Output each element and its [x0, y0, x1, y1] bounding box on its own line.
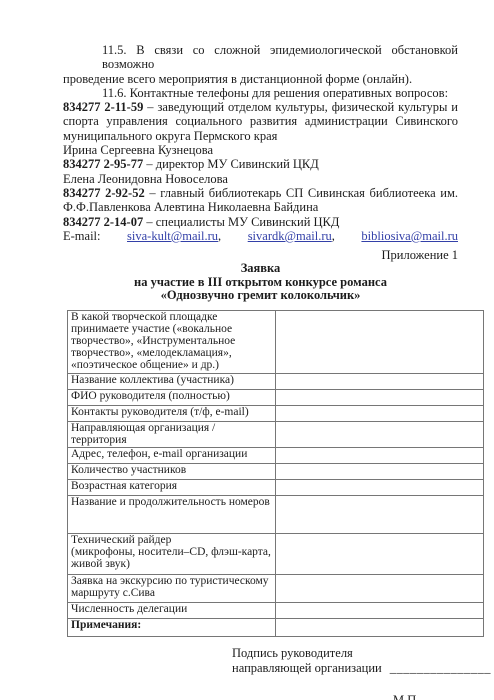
text-segment: 834277 2-95-77 — [63, 157, 143, 171]
application-table: В какой творческой площадке принимаете у… — [67, 310, 484, 637]
field-value-cell — [276, 448, 484, 464]
text-segment: 834277 2-14-07 — [63, 215, 143, 229]
text-line: 834277 2-11-59 – заведующий отделом куль… — [63, 100, 458, 114]
field-label-cell: В какой творческой площадке принимаете у… — [68, 311, 276, 374]
field-label-cell: Адрес, телефон, e-mail организации — [68, 448, 276, 464]
field-value-cell — [276, 464, 484, 480]
table-row: Название и продолжительность номеров — [68, 496, 484, 534]
text-segment: – директор МУ Сивинский ЦКД — [143, 157, 319, 171]
text-segment: , — [332, 229, 362, 243]
table-row: Адрес, телефон, e-mail организации — [68, 448, 484, 464]
text-segment: – специалисты МУ Сивинский ЦКД — [143, 215, 339, 229]
appendix-label: Приложение 1 — [63, 248, 458, 262]
field-label-cell: Примечания: — [68, 619, 276, 637]
body-text: 11.5. В связи со сложной эпидемиологичес… — [63, 43, 458, 243]
table-row: Количество участников — [68, 464, 484, 480]
form-title-line: «Однозвучно гремит колокольчик» — [63, 289, 458, 302]
email-link[interactable]: sivardk@mail.ru — [248, 229, 332, 243]
text-segment: 834277 2-92-52 — [63, 186, 145, 200]
table-row: Направляющая организация / территория — [68, 421, 484, 448]
field-value-cell — [276, 496, 484, 534]
table-row: Возрастная категория — [68, 480, 484, 496]
text-line: 11.5. В связи со сложной эпидемиологичес… — [63, 43, 458, 72]
field-value-cell — [276, 373, 484, 389]
field-label-cell: Направляющая организация / территория — [68, 421, 276, 448]
signature-block: Подпись руководителя направляющей органи… — [232, 646, 494, 675]
table-row: Заявка на экскурсию по туристическому ма… — [68, 575, 484, 603]
text-segment: муниципального округа Пермского края — [63, 129, 277, 143]
form-title: Заявка на участие в III открытом конкурс… — [63, 262, 458, 302]
signature-line-2: направляющей организации_______________ — [232, 661, 494, 675]
field-value-cell — [276, 311, 484, 374]
signature-label: направляющей организации — [232, 661, 382, 675]
text-segment: 834277 2-11-59 — [63, 100, 143, 114]
field-label-cell: ФИО руководителя (полностью) — [68, 389, 276, 405]
field-value-cell — [276, 405, 484, 421]
field-label-cell: Технический райдер (микрофоны, носители–… — [68, 534, 276, 575]
field-label-cell: Заявка на экскурсию по туристическому ма… — [68, 575, 276, 603]
text-line: муниципального округа Пермского края — [63, 129, 458, 143]
table-row: Численность делегации — [68, 603, 484, 619]
table-row: Контакты руководителя (т/ф, e-mail) — [68, 405, 484, 421]
text-line: 834277 2-95-77 – директор МУ Сивинский Ц… — [63, 157, 458, 171]
signature-underline: _______________ — [390, 661, 491, 675]
field-value-cell — [276, 619, 484, 637]
email-link[interactable]: siva-kult@mail.ru — [127, 229, 218, 243]
text-segment: 11.5. В связи со сложной эпидемиологичес… — [102, 43, 458, 71]
text-segment: спорта управления социального развития а… — [63, 114, 458, 128]
text-line: E-mail: siva-kult@mail.ru, sivardk@mail.… — [63, 229, 458, 243]
text-line: Ирина Сергеевна Кузнецова — [63, 143, 458, 157]
table-row: В какой творческой площадке принимаете у… — [68, 311, 484, 374]
field-label-cell: Количество участников — [68, 464, 276, 480]
text-segment: , — [218, 229, 248, 243]
text-line: проведение всего мероприятия в дистанцио… — [63, 72, 458, 86]
text-line: 834277 2-92-52 – главный библиотекарь СП… — [63, 186, 458, 200]
table-row: Название коллектива (участника) — [68, 373, 484, 389]
text-line: Ф.Ф.Павленкова Алевтина Николаевна Байди… — [63, 200, 458, 214]
document-content: 11.5. В связи со сложной эпидемиологичес… — [0, 0, 494, 302]
field-value-cell — [276, 389, 484, 405]
field-label-cell: Возрастная категория — [68, 480, 276, 496]
field-value-cell — [276, 421, 484, 448]
table-row: Технический райдер (микрофоны, носители–… — [68, 534, 484, 575]
text-line: 11.6. Контактные телефоны для решения оп… — [63, 86, 458, 100]
field-value-cell — [276, 534, 484, 575]
table-row: Примечания: — [68, 619, 484, 637]
form-title-line: Заявка — [63, 262, 458, 275]
text-segment: 11.6. Контактные телефоны для решения оп… — [102, 86, 448, 100]
table-row: ФИО руководителя (полностью) — [68, 389, 484, 405]
document-page: 11.5. В связи со сложной эпидемиологичес… — [0, 0, 494, 700]
field-value-cell — [276, 480, 484, 496]
stamp-label: М.П. — [393, 693, 494, 700]
signature-line-1: Подпись руководителя — [232, 646, 494, 660]
field-label-cell: Название коллектива (участника) — [68, 373, 276, 389]
field-value-cell — [276, 575, 484, 603]
field-label-cell: Название и продолжительность номеров — [68, 496, 276, 534]
form-title-line: на участие в III открытом конкурсе роман… — [63, 276, 458, 289]
field-value-cell — [276, 603, 484, 619]
text-segment: Елена Леонидовна Новоселова — [63, 172, 228, 186]
text-segment: проведение всего мероприятия в дистанцио… — [63, 72, 412, 86]
text-segment: Ирина Сергеевна Кузнецова — [63, 143, 213, 157]
text-line: спорта управления социального развития а… — [63, 114, 458, 128]
text-segment: E-mail: — [63, 229, 127, 243]
text-segment: – главный библиотекарь СП Сивинская библ… — [145, 186, 458, 200]
text-line: 834277 2-14-07 – специалисты МУ Сивински… — [63, 215, 458, 229]
field-label-cell: Контакты руководителя (т/ф, e-mail) — [68, 405, 276, 421]
email-link[interactable]: bibliosiva@mail.ru — [361, 229, 458, 243]
field-label-cell: Численность делегации — [68, 603, 276, 619]
text-line: Елена Леонидовна Новоселова — [63, 172, 458, 186]
text-segment: Ф.Ф.Павленкова Алевтина Николаевна Байди… — [63, 200, 318, 214]
text-segment: – заведующий отделом культуры, физическо… — [143, 100, 458, 114]
